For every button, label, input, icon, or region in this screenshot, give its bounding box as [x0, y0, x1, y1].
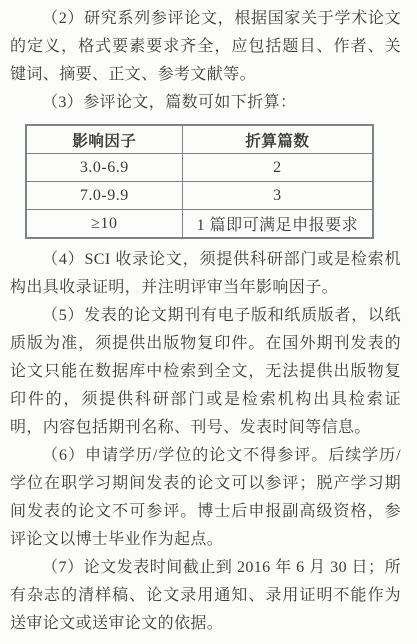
- table-header-impact-factor: 影响因子: [26, 125, 182, 154]
- table-row: 7.0-9.9 3: [26, 182, 373, 210]
- table-cell-converted-count: 1 篇即可满足申报要求: [182, 210, 373, 239]
- table-cell-impact-factor: ≥10: [26, 210, 182, 239]
- table-cell-impact-factor: 7.0-9.9: [26, 182, 182, 210]
- table-header-converted-count: 折算篇数: [182, 125, 373, 154]
- paragraph-3: （3）参评论文，篇数可如下折算：: [10, 89, 401, 117]
- paragraph-5: （5）发表的论文期刊有电子版和纸质版者，以纸质版为准，须提供出版物复印件。在国外…: [10, 302, 401, 442]
- paragraph-2: （2）研究系列参评论文，根据国家关于学术论文的定义，格式要素要求齐全，应包括题目…: [10, 5, 401, 89]
- paragraph-6: （6）申请学历/学位的论文不得参评。后续学历/学位在职学习期间发表的论文可以参评…: [10, 442, 401, 554]
- table-cell-impact-factor: 3.0-6.9: [26, 154, 182, 182]
- conversion-table: 影响因子 折算篇数 3.0-6.9 2 7.0-9.9 3 ≥10 1 篇即可满…: [25, 124, 374, 239]
- table-row: ≥10 1 篇即可满足申报要求: [26, 210, 373, 239]
- paragraph-7: （7）论文发表时间截止到 2016 年 6 月 30 日；所有杂志的清样稿、论文…: [10, 554, 401, 638]
- table-cell-converted-count: 3: [182, 182, 373, 210]
- table-cell-converted-count: 2: [182, 154, 373, 182]
- table-header-row: 影响因子 折算篇数: [26, 125, 373, 154]
- table-row: 3.0-6.9 2: [26, 154, 373, 182]
- paragraph-4: （4）SCI 收录论文，须提供科研部门或是检索机构出具收录证明，并注明评审当年影…: [10, 246, 401, 302]
- document-page: （2）研究系列参评论文，根据国家关于学术论文的定义，格式要素要求齐全，应包括题目…: [0, 0, 417, 644]
